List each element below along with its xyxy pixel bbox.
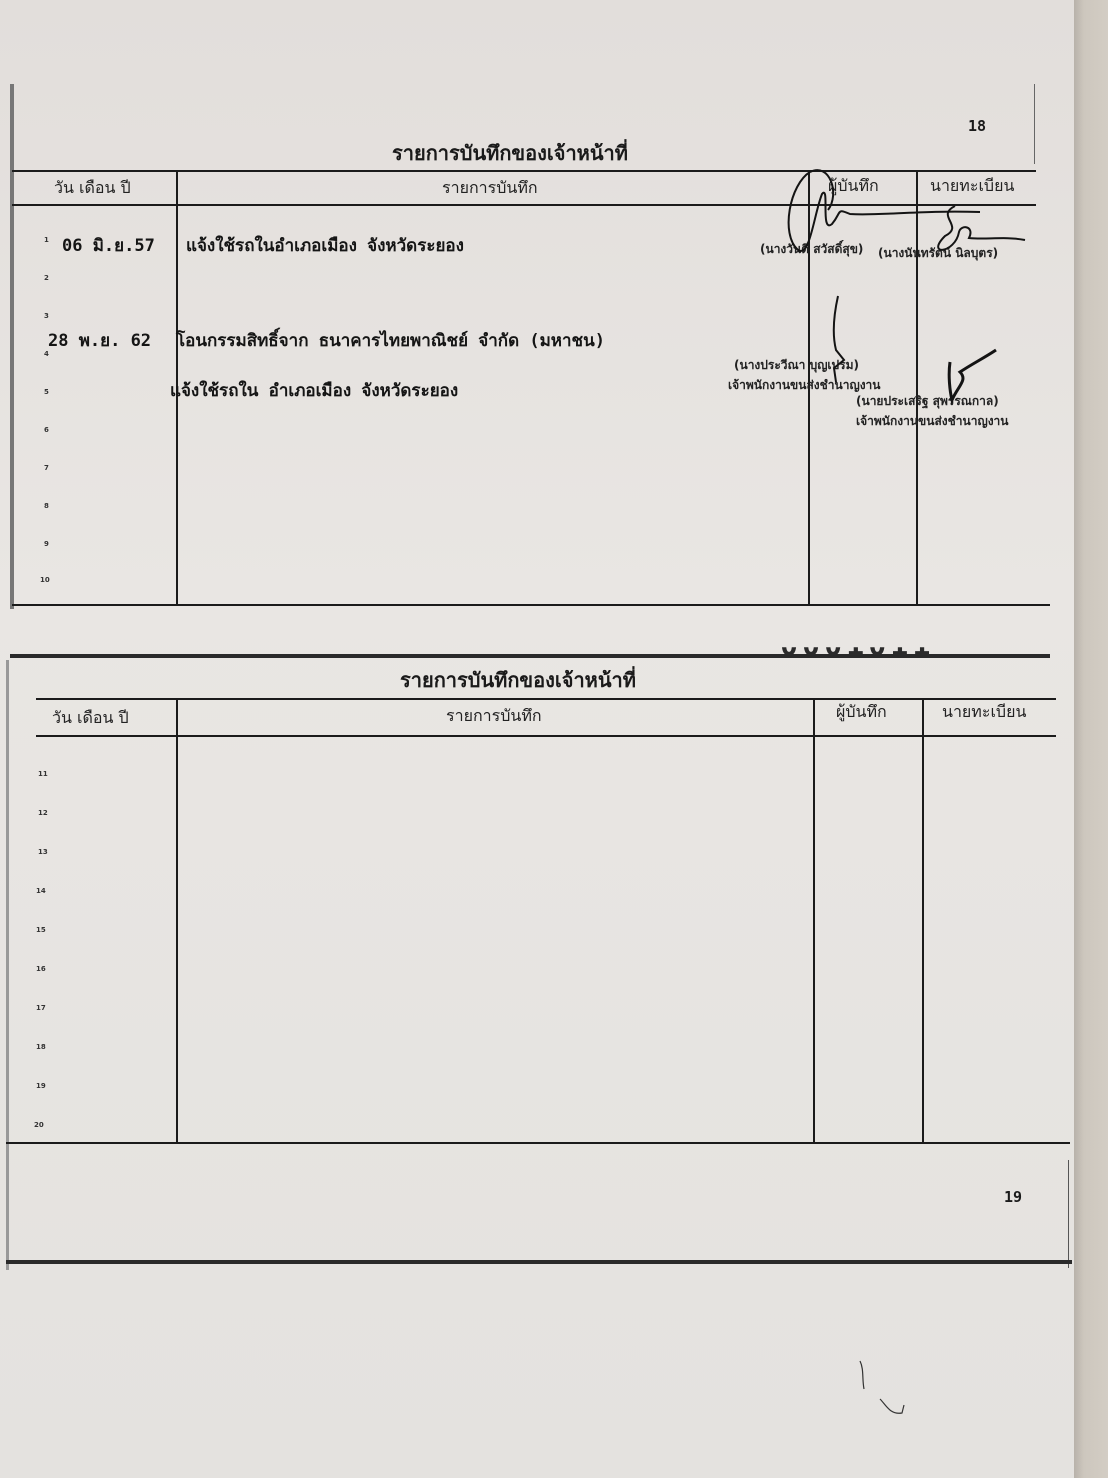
col-header-entry: รายการบันทึก xyxy=(442,176,538,201)
line-number: 17 xyxy=(36,1004,46,1012)
line-number: 7 xyxy=(44,464,49,472)
pen-mark xyxy=(850,1355,950,1425)
line-number: 13 xyxy=(38,848,48,856)
col-divider-registrar xyxy=(922,698,924,1144)
line-number: 20 xyxy=(34,1121,44,1129)
page-number: 19 xyxy=(1004,1188,1022,1206)
line-number: 15 xyxy=(36,926,46,934)
line-number: 3 xyxy=(44,312,49,320)
page-border-left xyxy=(6,660,9,1270)
line-number: 8 xyxy=(44,502,49,510)
entry-text: แจ้งใช้รถใน อำเภอเมือง จังหวัดระยอง xyxy=(170,377,458,404)
col-divider-recorder xyxy=(813,698,815,1144)
entry-date: 28 พ.ย. 62 xyxy=(48,327,151,354)
page-edge xyxy=(1074,0,1108,1478)
line-number: 19 xyxy=(36,1082,46,1090)
col-header-registrar: นายทะเบียน xyxy=(942,700,1026,725)
col-header-recorder: ผู้บันทึก xyxy=(836,700,887,725)
col-header-date: วัน เดือน ปี xyxy=(54,176,131,201)
signature-registrar-1 xyxy=(925,196,1035,266)
line-number: 12 xyxy=(38,809,48,817)
line-number: 2 xyxy=(44,274,49,282)
line-number: 6 xyxy=(44,426,49,434)
col-divider-date xyxy=(176,698,178,1144)
line-number: 9 xyxy=(44,540,49,548)
page-border-left xyxy=(10,84,14,609)
header-top-rule xyxy=(36,698,1056,700)
entry-text: แจ้งใช้รถในอำเภอเมือง จังหวัดระยอง xyxy=(186,232,464,259)
col-header-date: วัน เดือน ปี xyxy=(52,706,129,731)
registrar-position: เจ้าพนักงานขนส่งชำนาญงาน xyxy=(856,412,1009,431)
page-title: รายการบันทึกของเจ้าหน้าที่ xyxy=(400,664,636,696)
line-number: 1 xyxy=(44,236,49,244)
page-border-right xyxy=(1068,1160,1069,1268)
line-number: 5 xyxy=(44,388,49,396)
table-bottom-rule xyxy=(6,1142,1070,1144)
page-title: รายการบันทึกของเจ้าหน้าที่ xyxy=(392,137,628,169)
col-header-entry: รายการบันทึก xyxy=(446,704,542,729)
entry-text: โอนกรรมสิทธิ์จาก ธนาคารไทยพาณิชย์ จำกัด … xyxy=(176,327,605,354)
entry-date: 06 มิ.ย.57 xyxy=(62,232,155,259)
line-number: 11 xyxy=(38,770,48,778)
page-border-right xyxy=(1034,84,1035,164)
line-number: 10 xyxy=(40,576,50,584)
record-page-18: 18 รายการบันทึกของเจ้าหน้าที่ วัน เดือน … xyxy=(10,84,1036,644)
line-number: 14 xyxy=(36,887,46,895)
record-page-19: รายการบันทึกของเจ้าหน้าที่ วัน เดือน ปี … xyxy=(6,640,1072,1270)
page-bottom-rule xyxy=(6,1260,1072,1264)
line-number: 18 xyxy=(36,1043,46,1051)
signature-recorder-2 xyxy=(828,294,858,384)
line-number: 16 xyxy=(36,965,46,973)
signature-registrar-2 xyxy=(938,346,1008,406)
header-bottom-rule xyxy=(36,735,1056,737)
page-number: 18 xyxy=(968,117,986,135)
table-bottom-rule xyxy=(12,604,1050,606)
